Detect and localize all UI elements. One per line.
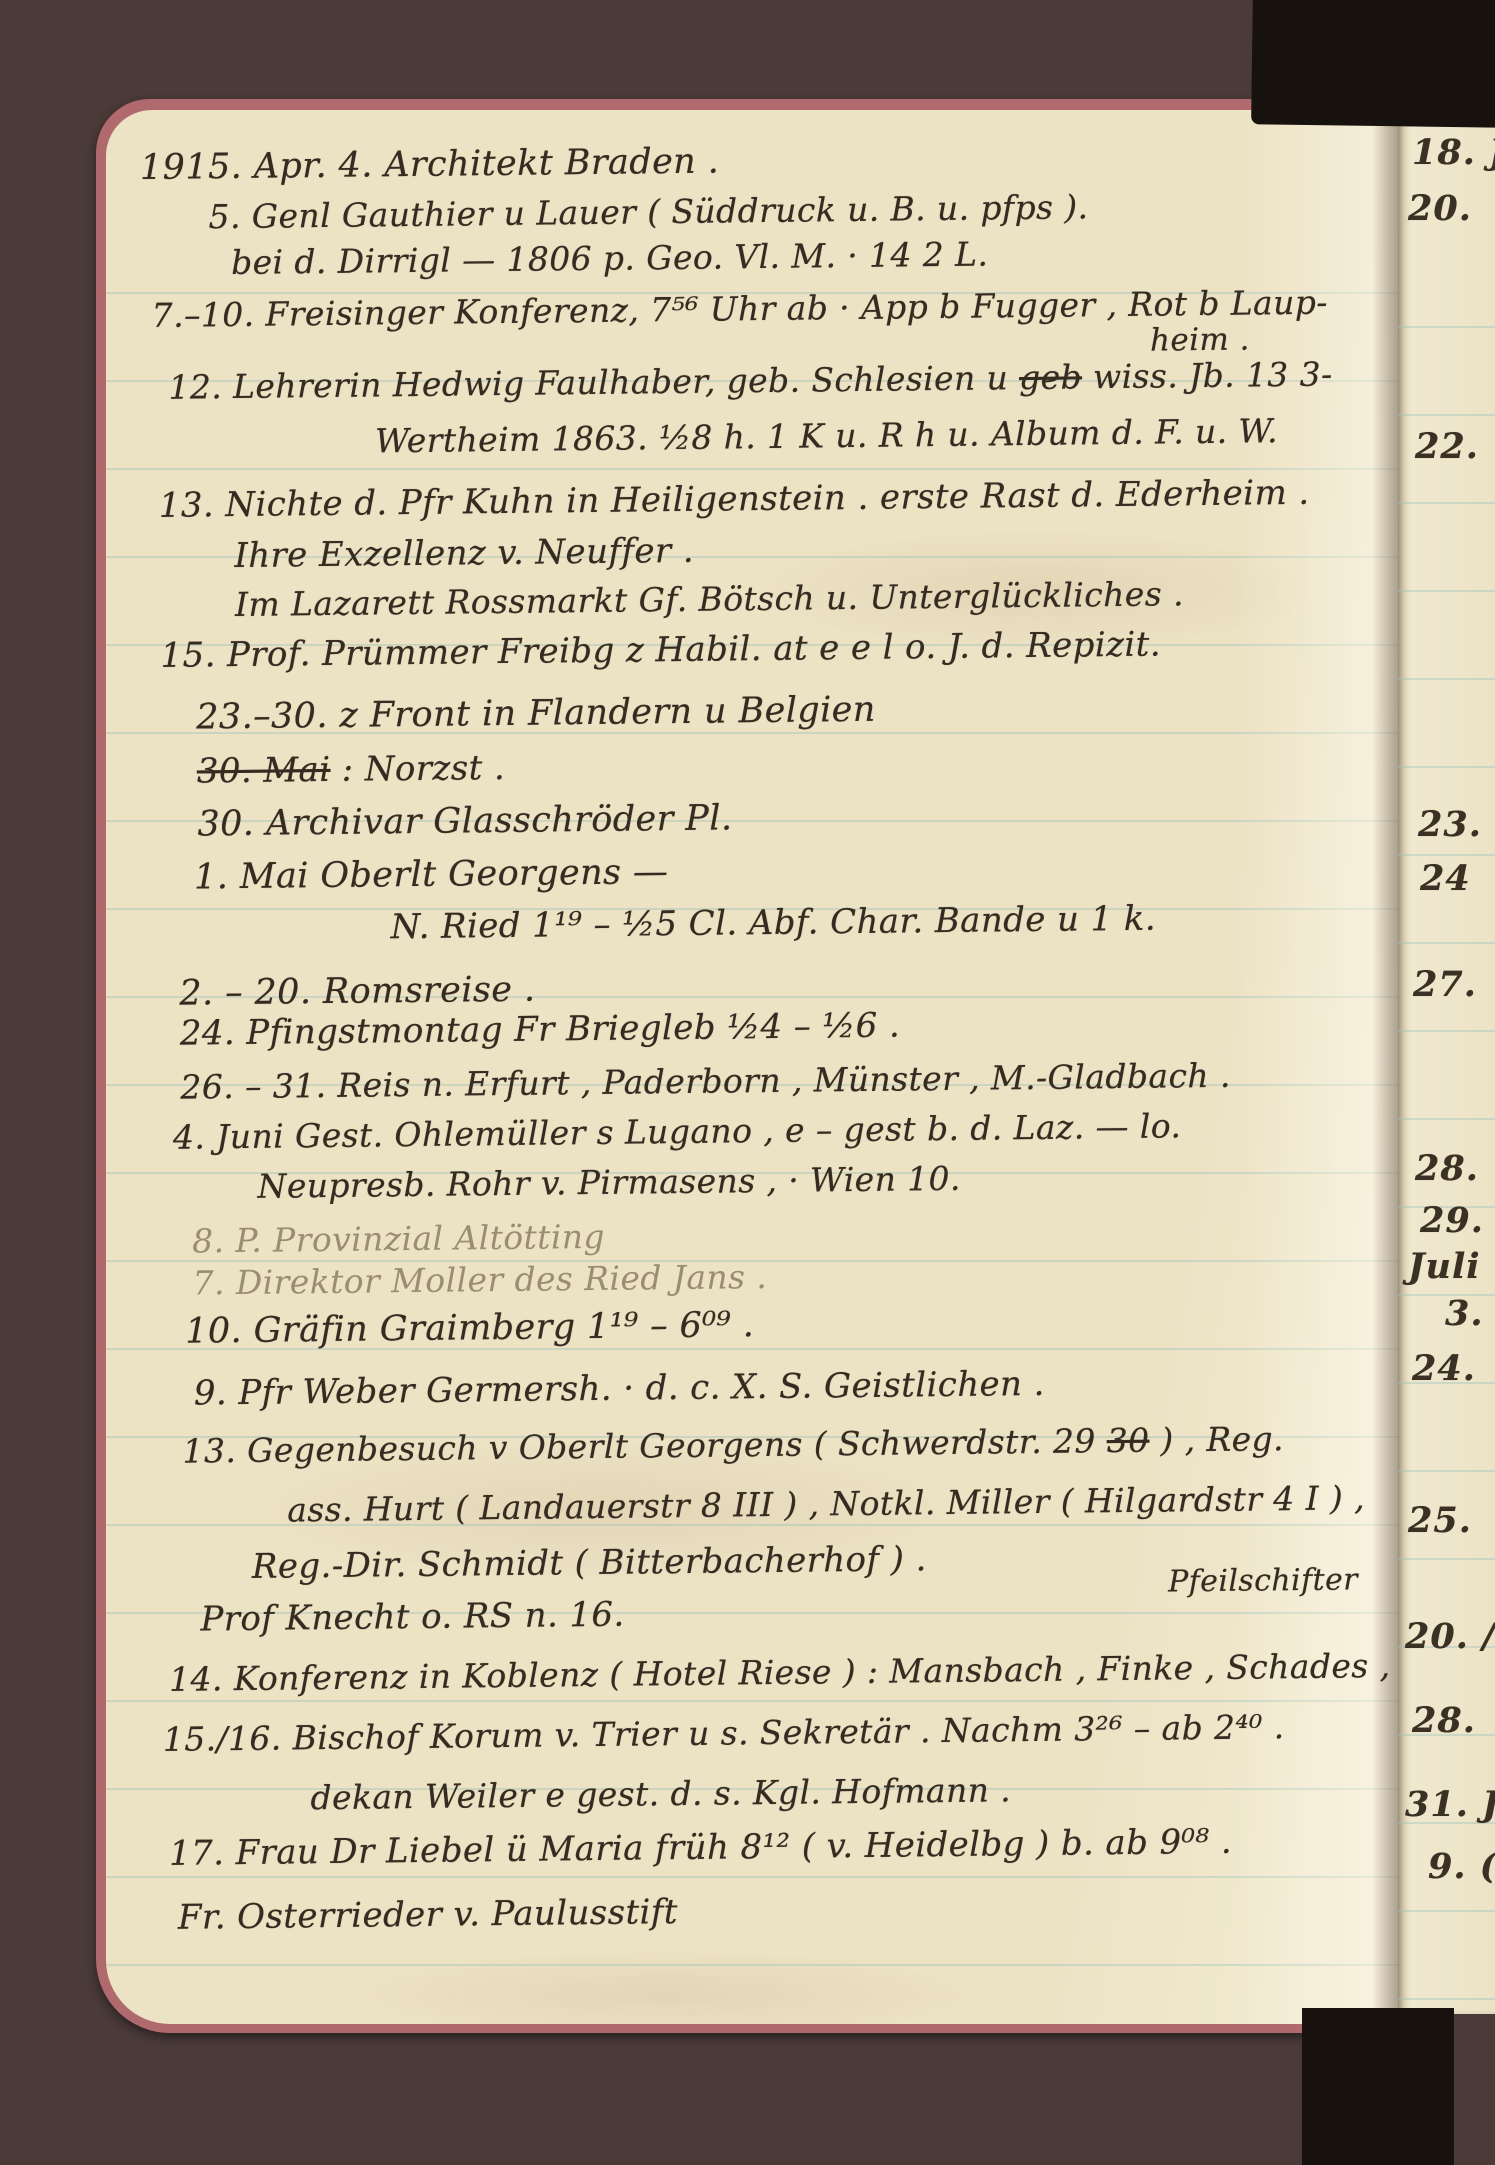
entry-text: ¹⁹ [554, 905, 583, 945]
struck-text: 30 [1106, 1421, 1149, 1460]
diary-entry-line: 1915. Apr. 4. Architekt Braden . [140, 141, 720, 188]
diary-entry-line: 9. Pfr Weber Germersh. · d. c. X. S. Gei… [194, 1364, 1045, 1414]
entry-text: 15. Prof. Prümmer Freibg z Habil. at e e… [160, 625, 1161, 676]
entry-text: : Norzst . [330, 748, 505, 790]
entry-text: Wertheim 1863. ½8 h. 1 K u. R h u. Album… [375, 411, 1278, 460]
entry-text: 24. Pfingstmontag Fr Briegleb ½4 – ½6 . [180, 1005, 901, 1053]
entry-text: 15./16. Bischof Korum v. Trier u s. Sekr… [163, 1709, 1096, 1759]
entry-text: dekan Weiler e gest. d. s. Kgl. Hofmann … [310, 1770, 1011, 1817]
diary-entry-line: 4. Juni Gest. Ohlemüller s Lugano , e – … [173, 1106, 1182, 1156]
diary-entry-line: Ihre Exzellenz v. Neuffer . [234, 531, 694, 576]
diary-entry-line: ass. Hurt ( Landauerstr 8 III ) , Notkl.… [287, 1478, 1365, 1529]
diary-entry-line: Pfeilschifter [1168, 1562, 1358, 1599]
entry-text: – 6 [638, 1306, 702, 1347]
book-cover-top-right [1251, 0, 1495, 128]
entry-text: 1. Mai Oberlt Georgens — [194, 852, 669, 897]
entry-text: Fr. Osterrieder v. Paulusstift [178, 1892, 678, 1938]
entry-text: 8. P. Provinzial Altötting [192, 1217, 605, 1261]
entry-text: 12. Lehrerin Hedwig Faulhaber, geb. Schl… [168, 358, 1019, 407]
entry-text: 7. Direktor Moller des Ried Jans . [192, 1257, 767, 1303]
entry-text: Reg.-Dir. Schmidt ( Bitterbacherhof ) . [252, 1539, 927, 1587]
diary-entry-line: 7. Direktor Moller des Ried Jans . [192, 1257, 767, 1303]
diary-entry-line: 23.–30. z Front in Flandern u Belgien [196, 690, 876, 738]
diary-entry-line: Wertheim 1863. ½8 h. 1 K u. R h u. Album… [375, 411, 1278, 460]
entry-text: ⁰⁹ [702, 1305, 731, 1345]
entry-text: . [1262, 1707, 1284, 1746]
entry-text: ¹² [762, 1827, 791, 1867]
diary-entry-line: 5. Genl Gauthier u Lauer ( Süddruck u. B… [208, 187, 1088, 236]
entry-text: . [731, 1305, 755, 1345]
entry-text: Pfeilschifter [1168, 1562, 1358, 1599]
entry-text: Neupresb. Rohr v. Pirmasens , · Wien 10. [257, 1159, 961, 1206]
entry-text: 1915. Apr. 4. Architekt Braden . [140, 141, 720, 188]
diary-entry-line: Reg.-Dir. Schmidt ( Bitterbacherhof ) . [252, 1539, 927, 1587]
diary-entry-line: 30. Mai : Norzst . [197, 748, 506, 791]
diary-entry-line: 17. Frau Dr Liebel ü Maria früh 8¹² ( v.… [169, 1822, 1232, 1874]
diary-entry-line: 13. Nichte d. Pfr Kuhn in Heiligenstein … [159, 473, 1310, 526]
diary-entry-line: 2. – 20. Romsreise . [179, 970, 536, 1014]
diary-entry-line: dekan Weiler e gest. d. s. Kgl. Hofmann … [310, 1770, 1011, 1817]
entry-text: 10. Gräfin Graimberg 1 [185, 1307, 610, 1352]
entry-text: – ab 2 [1123, 1708, 1236, 1748]
book-cover-bottom-right [1302, 2008, 1454, 2165]
entry-text: – ½5 Cl. Abf. Char. Bande u 1 k. [582, 899, 1156, 946]
diary-entry-line: 12. Lehrerin Hedwig Faulhaber, geb. Schl… [168, 355, 1332, 407]
entry-text: ⁰⁸ [1181, 1822, 1210, 1862]
diary-entry-line: 13. Gegenbesuch v Oberlt Georgens ( Schw… [182, 1419, 1284, 1470]
diary-entry-line: Prof Knecht o. RS n. 16. [200, 1595, 625, 1640]
handwriting-layer: 1915. Apr. 4. Architekt Braden .5. Genl … [0, 0, 1495, 2165]
entry-text: 13. Nichte d. Pfr Kuhn in Heiligenstein … [159, 473, 1310, 526]
entry-text: ⁵⁶ [671, 290, 699, 329]
diary-entry-line: 15. Prof. Prümmer Freibg z Habil. at e e… [160, 625, 1161, 676]
entry-text: 30. Archivar Glasschröder Pl. [197, 798, 732, 844]
entry-text: ass. Hurt ( Landauerstr 8 III ) , Notkl.… [287, 1478, 1365, 1529]
diary-entry-line: 1. Mai Oberlt Georgens — [194, 852, 669, 897]
entry-text: 2. – 20. Romsreise . [179, 970, 536, 1014]
struck-text: geb [1019, 357, 1082, 397]
entry-text: ) , Reg. [1149, 1419, 1284, 1460]
entry-text: ( v. Heidelbg ) b. ab 9 [790, 1822, 1181, 1866]
entry-text: Prof Knecht o. RS n. 16. [200, 1595, 625, 1640]
entry-text: 13. Gegenbesuch v Oberlt Georgens ( Schw… [182, 1421, 1107, 1470]
diary-entry-line: 10. Gräfin Graimberg 1¹⁹ – 6⁰⁹ . [185, 1305, 754, 1351]
entry-text: Im Lazarett Rossmarkt Gf. Bötsch u. Unte… [235, 574, 1184, 624]
diary-entry-line: 26. – 31. Reis n. Erfurt , Paderborn , M… [180, 1056, 1231, 1107]
entry-text: wiss. Jb. 13 3- [1082, 355, 1333, 397]
struck-text: 30. Mai [197, 750, 331, 792]
diary-entry-line: Neupresb. Rohr v. Pirmasens , · Wien 10. [257, 1159, 961, 1206]
entry-text: heim . [1150, 321, 1250, 358]
entry-text: 5. Genl Gauthier u Lauer ( Süddruck u. B… [208, 187, 1088, 236]
entry-text: 17. Frau Dr Liebel ü Maria früh 8 [169, 1827, 763, 1874]
entry-text: bei d. Dirrigl — 1806 p. Geo. Vl. M. · 1… [231, 234, 989, 282]
scanned-notebook-photo: 18. J20.22.23.2427.28.29.Juli3.24.25.20.… [0, 0, 1495, 2165]
entry-text: 23.–30. z Front in Flandern u Belgien [196, 690, 876, 738]
entry-text: ¹⁹ [609, 1306, 638, 1346]
diary-entry-line: N. Ried 1¹⁹ – ½5 Cl. Abf. Char. Bande u … [390, 899, 1156, 948]
entry-text: ⁴⁰ [1235, 1707, 1263, 1746]
diary-entry-line: 14. Konferenz in Koblenz ( Hotel Riese )… [169, 1646, 1391, 1699]
entry-text: 7.–10. Freisinger Konferenz, 7 [151, 290, 671, 335]
entry-text: 26. – 31. Reis n. Erfurt , Paderborn , M… [180, 1056, 1231, 1107]
diary-entry-line: Im Lazarett Rossmarkt Gf. Bötsch u. Unte… [235, 574, 1184, 624]
diary-entry-line: bei d. Dirrigl — 1806 p. Geo. Vl. M. · 1… [231, 234, 989, 282]
entry-text: 9. Pfr Weber Germersh. · d. c. X. S. Gei… [194, 1364, 1045, 1414]
entry-text: Ihre Exzellenz v. Neuffer . [234, 531, 694, 576]
entry-text: ²⁶ [1095, 1709, 1123, 1748]
diary-entry-line: 8. P. Provinzial Altötting [192, 1217, 605, 1261]
diary-entry-line: Fr. Osterrieder v. Paulusstift [178, 1892, 678, 1938]
entry-text: 4. Juni Gest. Ohlemüller s Lugano , e – … [173, 1106, 1182, 1156]
diary-entry-line: 30. Archivar Glasschröder Pl. [197, 798, 732, 844]
entry-text: N. Ried 1 [390, 905, 554, 947]
entry-text: 14. Konferenz in Koblenz ( Hotel Riese )… [169, 1646, 1391, 1699]
diary-entry-line: 15./16. Bischof Korum v. Trier u s. Sekr… [163, 1707, 1285, 1759]
entry-text: . [1209, 1822, 1232, 1862]
diary-entry-line: heim . [1150, 321, 1250, 358]
diary-entry-line: 24. Pfingstmontag Fr Briegleb ½4 – ½6 . [180, 1005, 901, 1053]
